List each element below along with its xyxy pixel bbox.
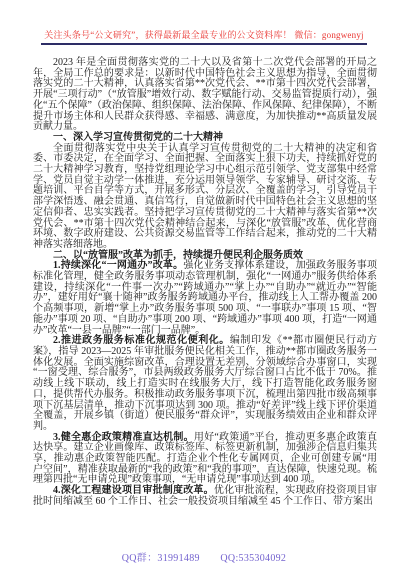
footer-contacts-text: QQ群：31991489 QQ:535304092 [122, 553, 286, 564]
paragraph: 4.深化工程建设项目审批制度改革。优化审批流程，实现政府投资项目审批时间缩减至 … [33, 486, 377, 507]
paragraph-lead: 3.健全惠企政策精准直达机制。 [53, 432, 194, 443]
page-footer: QQ群：31991489 QQ:535304092 [0, 549, 408, 564]
paragraph-lead: 二、以“放管服”改革为抓手，持续提升便民利企服务质效 [53, 250, 303, 261]
paragraph: 2.推进政务服务标准化规范化便利化。编制印发《**都市圈便民行动方案》，指导 2… [33, 336, 377, 432]
paragraph-lead: 4.深化工程建设项目审批制度改革。 [53, 485, 214, 496]
paragraph: 全面贯彻落实党中央关于认真学习宣传贯彻党的二十大精神的决定和省委、市委决定，在全… [33, 144, 377, 251]
paragraph-lead: 2.推进政务服务标准化规范化便利化。 [53, 335, 230, 346]
paragraph-lead: 一、深入学习宣传贯彻党的二十大精神 [53, 132, 223, 143]
paragraph: 3.健全惠企政策精准直达机制。用好“政策通”平台，推动更多惠企政策直达快享。建立… [33, 433, 377, 487]
header-banner-text: 关注头条号“公文研究”，获得最新最全最专业的公文资料库！ 微信：gongweny… [41, 30, 366, 45]
paragraph-lead: 1.持续深化“一网通办”改革。 [53, 260, 183, 271]
page-header: 关注头条号“公文研究”，获得最新最全最专业的公文资料库！ 微信：gongweny… [0, 0, 408, 45]
document-body: 2023 年是全面贯彻落实党的二十大以及省第十二次党代会部署的开局之年，全局工作… [33, 58, 377, 508]
paragraph: 2023 年是全面贯彻落实党的二十大以及省第十二次党代会部署的开局之年，全局工作… [33, 58, 377, 133]
paragraph: 1.持续深化“一网通办”改革。强化业务支撑体系建设，加强政务服务事项标准化管理，… [33, 261, 377, 336]
